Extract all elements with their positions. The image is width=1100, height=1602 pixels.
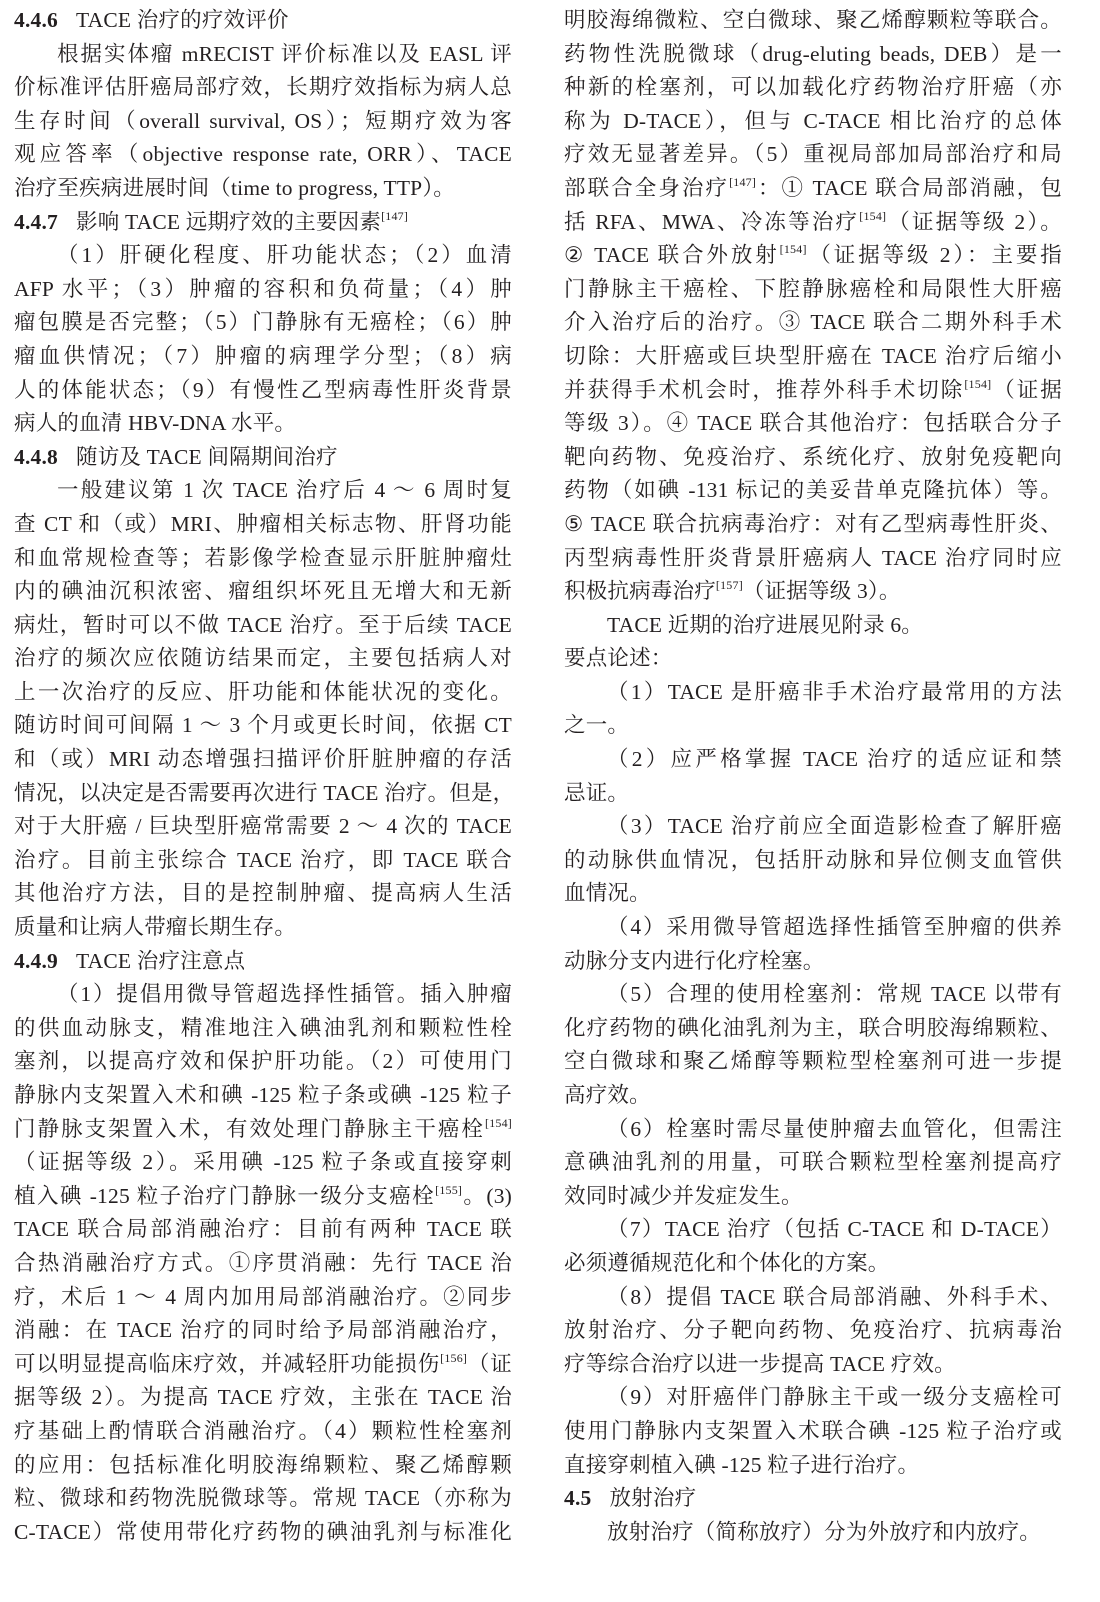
text-line: 和血常规检查等；若影像学检查显示肝脏肿瘤灶 — [14, 542, 512, 576]
text-line: （证据等级 2）。采用碘 -125 粒子条或直接穿刺 — [14, 1146, 512, 1180]
text-line: 粒、微球和药物洗脱微球等。常规 TACE（亦称为 — [14, 1482, 512, 1516]
text-line: （1）提倡用微导管超选择性插管。插入肿瘤 — [14, 978, 512, 1012]
text-line: （9）对肝癌伴门静脉主干或一级分支癌栓可 — [564, 1381, 1062, 1415]
section-heading: 4.4.6TACE 治疗的疗效评价 — [14, 4, 512, 38]
text-line: 瘤包膜是否完整；（5）门静脉有无癌栓；（6）肿 — [14, 306, 512, 340]
section-number: 4.4.9 — [14, 949, 58, 973]
text-line: 其他治疗方法，目的是控制肿瘤、提高病人生活 — [14, 877, 512, 911]
text-line: 可以明显提高临床疗效，并减轻肝功能损伤[156]（证 — [14, 1348, 512, 1382]
line-text: 粒、微球和药物洗脱微球等。常规 TACE（亦称为 — [14, 1486, 512, 1510]
text-line: 使用门静脉内支架置入术联合碘 -125 粒子治疗或 — [564, 1415, 1062, 1449]
text-line: 介入治疗后的治疗。③ TACE 联合二期外科手术 — [564, 306, 1062, 340]
text-line: 称为 D-TACE），但与 C-TACE 相比治疗的总体 — [564, 105, 1062, 139]
text-line: 疗基础上酌情联合消融治疗。（4）颗粒性栓塞剂 — [14, 1415, 512, 1449]
text-line: 直接穿刺植入碘 -125 粒子进行治疗。 — [564, 1449, 1062, 1483]
line-text: 靶向药物、免疫治疗、系统化疗、放射免疫靶向 — [564, 445, 1062, 469]
line-text: 之一。 — [564, 713, 629, 737]
line-text: 要点论述： — [564, 646, 673, 670]
line-text: C-TACE）常使用带化疗药物的碘油乳剂与标准化 — [14, 1520, 512, 1544]
text-line: 意碘油乳剂的用量，可联合颗粒型栓塞剂提高疗 — [564, 1146, 1062, 1180]
text-line: 情况，以决定是否需要再次进行 TACE 治疗。但是， — [14, 777, 512, 811]
line-text: 明胶海绵微粒、空白微球、聚乙烯醇颗粒等联合。 — [564, 8, 1062, 32]
line-text: 并获得手术机会时，推荐外科手术切除 — [564, 378, 964, 402]
line-text: （8）提倡 TACE 联合局部消融、外科手术、 — [607, 1285, 1062, 1309]
text-line: 的供血动脉支，精准地注入碘油乳剂和颗粒性栓 — [14, 1012, 512, 1046]
citation-ref: [154] — [780, 242, 807, 256]
text-line: 放射治疗、分子靶向药物、免疫治疗、抗病毒治 — [564, 1314, 1062, 1348]
line-text: 生存时间（overall survival, OS）；短期疗效为客 — [14, 109, 512, 133]
text-line: 明胶海绵微粒、空白微球、聚乙烯醇颗粒等联合。 — [564, 4, 1062, 38]
line-text: 植入碘 -125 粒子治疗门静脉一级分支癌栓 — [14, 1184, 435, 1208]
line-text: 化疗药物的碘化油乳剂为主，联合明胶海绵颗粒、 — [564, 1016, 1062, 1040]
citation-ref: [147] — [381, 209, 408, 223]
text-line: 内的碘油沉积浓密、瘤组织坏死且无增大和无新 — [14, 575, 512, 609]
text-line: TACE 近期的治疗进展见附录 6。 — [564, 609, 1062, 643]
line-text: 疗效无显著差异。（5）重视局部加局部治疗和局 — [564, 142, 1062, 166]
text-line: 据等级 2）。为提高 TACE 疗效，主张在 TACE 治 — [14, 1381, 512, 1415]
text-line: 括 RFA、MWA、冷冻等治疗[154]（证据等级 2）。 — [564, 206, 1062, 240]
text-line: 疗等综合治疗以进一步提高 TACE 疗效。 — [564, 1348, 1062, 1382]
citation-ref: [157] — [716, 578, 743, 592]
line-text: 血情况。 — [564, 881, 651, 905]
line-text: （2）应严格掌握 TACE 治疗的适应证和禁 — [607, 747, 1062, 771]
text-line: 合热消融治疗方式。①序贯消融：先行 TACE 治 — [14, 1247, 512, 1281]
line-text: 查 CT 和（或）MRI、肿瘤相关标志物、肝肾功能 — [14, 512, 512, 536]
line-text: 病人的血清 HBV-DNA 水平。 — [14, 411, 296, 435]
text-line: （2）应严格掌握 TACE 治疗的适应证和禁 — [564, 743, 1062, 777]
line-text: 价标准评估肝癌局部疗效，长期疗效指标为病人总 — [14, 75, 512, 99]
text-line: 治疗。目前主张综合 TACE 治疗，即 TACE 联合 — [14, 844, 512, 878]
text-line: TACE 联合局部消融治疗：目前有两种 TACE 联 — [14, 1213, 512, 1247]
line-text: 空白微球和聚乙烯醇等颗粒型栓塞剂可进一步提 — [564, 1049, 1062, 1073]
line-text: 效同时减少并发症发生。 — [564, 1184, 803, 1208]
line-text: 对于大肝癌 / 巨块型肝癌常需要 2 ～ 4 次的 TACE — [14, 814, 512, 838]
text-line: 消融：在 TACE 治疗的同时给予局部消融治疗， — [14, 1314, 512, 1348]
line-text: （1）肝硬化程度、肝功能状态；（2）血清 — [57, 243, 512, 267]
line-text: 病灶，暂时可以不做 TACE 治疗。至于后续 TACE — [14, 613, 512, 637]
line-text: 瘤包膜是否完整；（5）门静脉有无癌栓；（6）肿 — [14, 310, 512, 334]
line-text: 一般建议第 1 次 TACE 治疗后 4 ～ 6 周时复 — [57, 478, 512, 502]
line-text: 塞剂，以提高疗效和保护肝功能。（2）可使用门 — [14, 1049, 512, 1073]
text-line: 根据实体瘤 mRECIST 评价标准以及 EASL 评 — [14, 38, 512, 72]
text-line: 种新的栓塞剂，可以加载化疗药物治疗肝癌（亦 — [564, 71, 1062, 105]
text-line: ② TACE 联合外放射[154]（证据等级 2）：主要指 — [564, 239, 1062, 273]
text-line: ⑤ TACE 联合抗病毒治疗：对有乙型病毒性肝炎、 — [564, 508, 1062, 542]
line-text: 观应答率（objective response rate, ORR）、TACE — [14, 142, 512, 166]
line-text: 治疗的频次应依随访结果而定，主要包括病人对 — [14, 646, 512, 670]
line-text: 疗基础上酌情联合消融治疗。（4）颗粒性栓塞剂 — [14, 1419, 512, 1443]
text-line: （8）提倡 TACE 联合局部消融、外科手术、 — [564, 1281, 1062, 1315]
line-text: 必须遵循规范化和个体化的方案。 — [564, 1251, 890, 1275]
text-line: 等级 3）。④ TACE 联合其他治疗：包括联合分子 — [564, 407, 1062, 441]
line-text: 人的体能状态；（9）有慢性乙型病毒性肝炎背景 — [14, 378, 512, 402]
line-text: 放射治疗（简称放疗）分为外放疗和内放疗。 — [607, 1520, 1041, 1544]
text-line: 切除：大肝癌或巨块型肝癌在 TACE 治疗后缩小 — [564, 340, 1062, 374]
line-text: 药物性洗脱微球（drug-eluting beads, DEB）是一 — [564, 42, 1062, 66]
text-line: 质量和让病人带瘤长期生存。 — [14, 911, 512, 945]
line-text: 瘤血供情况；（7）肿瘤的病理学分型；（8）病 — [14, 344, 512, 368]
text-line: AFP 水平；（3）肿瘤的容积和负荷量；（4）肿 — [14, 273, 512, 307]
text-line: 病灶，暂时可以不做 TACE 治疗。至于后续 TACE — [14, 609, 512, 643]
text-line: 疗效无显著差异。（5）重视局部加局部治疗和局 — [564, 138, 1062, 172]
section-title: 随访及 TACE 间隔期间治疗 — [76, 445, 338, 469]
text-line: 必须遵循规范化和个体化的方案。 — [564, 1247, 1062, 1281]
left-column: 4.4.6TACE 治疗的疗效评价根据实体瘤 mRECIST 评价标准以及 EA… — [14, 4, 512, 1549]
section-title: 影响 TACE 远期疗效的主要因素 — [76, 210, 381, 234]
line-text: 和血常规检查等；若影像学检查显示肝脏肿瘤灶 — [14, 546, 512, 570]
text-line: 血情况。 — [564, 877, 1062, 911]
line-text: 可以明显提高临床疗效，并减轻肝功能损伤 — [14, 1352, 440, 1376]
line-text: 内的碘油沉积浓密、瘤组织坏死且无增大和无新 — [14, 579, 512, 603]
line-text: 切除：大肝癌或巨块型肝癌在 TACE 治疗后缩小 — [564, 344, 1062, 368]
line-text: 括 RFA、MWA、冷冻等治疗 — [564, 210, 859, 234]
line-text: 药物（如碘 -131 标记的美妥昔单克隆抗体）等。 — [564, 478, 1062, 502]
text-line: 随访时间可间隔 1 ～ 3 个月或更长时间，依据 CT — [14, 709, 512, 743]
text-line: 积极抗病毒治疗[157]（证据等级 3）。 — [564, 575, 1062, 609]
line-text-after: （证据等级 2）。 — [886, 210, 1062, 234]
line-text-after: （证据 — [991, 378, 1062, 402]
line-text: TACE 联合局部消融治疗：目前有两种 TACE 联 — [14, 1217, 512, 1241]
text-line: （3）TACE 治疗前应全面造影检查了解肝癌 — [564, 810, 1062, 844]
citation-ref: [147] — [729, 175, 756, 189]
text-line: 病人的血清 HBV-DNA 水平。 — [14, 407, 512, 441]
line-text: 质量和让病人带瘤长期生存。 — [14, 915, 296, 939]
text-line: 并获得手术机会时，推荐外科手术切除[154]（证据 — [564, 374, 1062, 408]
line-text-after: （证据等级 3）。 — [743, 579, 901, 603]
line-text: 种新的栓塞剂，可以加载化疗药物治疗肝癌（亦 — [564, 75, 1062, 99]
line-text: 其他治疗方法，目的是控制肿瘤、提高病人生活 — [14, 881, 512, 905]
line-text: ⑤ TACE 联合抗病毒治疗：对有乙型病毒性肝炎、 — [564, 512, 1062, 536]
text-line: 生存时间（overall survival, OS）；短期疗效为客 — [14, 105, 512, 139]
line-text: （5）合理的使用栓塞剂：常规 TACE 以带有 — [607, 982, 1062, 1006]
section-number: 4.4.7 — [14, 210, 58, 234]
text-line: 对于大肝癌 / 巨块型肝癌常需要 2 ～ 4 次的 TACE — [14, 810, 512, 844]
citation-ref: [154] — [859, 209, 886, 223]
line-text: 的动脉供血情况，包括肝动脉和异位侧支血管供 — [564, 848, 1062, 872]
section-number: 4.4.8 — [14, 445, 58, 469]
line-text: （证据等级 2）。采用碘 -125 粒子条或直接穿刺 — [14, 1150, 512, 1174]
text-line: 动脉分支内进行化疗栓塞。 — [564, 945, 1062, 979]
line-text: 静脉内支架置入术和碘 -125 粒子条或碘 -125 粒子 — [14, 1083, 512, 1107]
text-line: 查 CT 和（或）MRI、肿瘤相关标志物、肝肾功能 — [14, 508, 512, 542]
citation-ref: [154] — [485, 1116, 512, 1130]
line-text: 介入治疗后的治疗。③ TACE 联合二期外科手术 — [564, 310, 1062, 334]
text-line: 的动脉供血情况，包括肝动脉和异位侧支血管供 — [564, 844, 1062, 878]
text-line: 一般建议第 1 次 TACE 治疗后 4 ～ 6 周时复 — [14, 474, 512, 508]
text-line: 药物（如碘 -131 标记的美妥昔单克隆抗体）等。 — [564, 474, 1062, 508]
text-line: 疗，术后 1 ～ 4 周内加用局部消融治疗。②同步 — [14, 1281, 512, 1315]
section-number: 4.4.6 — [14, 8, 58, 32]
text-line: 观应答率（objective response rate, ORR）、TACE — [14, 138, 512, 172]
line-text: 忌证。 — [564, 781, 629, 805]
line-text: 的供血动脉支，精准地注入碘油乳剂和颗粒性栓 — [14, 1016, 512, 1040]
line-text: 意碘油乳剂的用量，可联合颗粒型栓塞剂提高疗 — [564, 1150, 1062, 1174]
line-text: （3）TACE 治疗前应全面造影检查了解肝癌 — [607, 814, 1062, 838]
line-text-after: ：① TACE 联合局部消融，包 — [756, 176, 1062, 200]
line-text: AFP 水平；（3）肿瘤的容积和负荷量；（4）肿 — [14, 277, 512, 301]
text-line: 门静脉主干癌栓、下腔静脉癌栓和局限性大肝癌 — [564, 273, 1062, 307]
section-heading: 4.4.7影响 TACE 远期疗效的主要因素[147] — [14, 206, 512, 240]
section-heading: 4.4.8随访及 TACE 间隔期间治疗 — [14, 441, 512, 475]
text-line: 治疗至疾病进展时间（time to progress, TTP）。 — [14, 172, 512, 206]
text-line: 高疗效。 — [564, 1079, 1062, 1113]
line-text: （4）采用微导管超选择性插管至肿瘤的供养 — [607, 915, 1062, 939]
section-heading: 4.5放射治疗 — [564, 1482, 1062, 1516]
text-line: 空白微球和聚乙烯醇等颗粒型栓塞剂可进一步提 — [564, 1045, 1062, 1079]
text-line: 靶向药物、免疫治疗、系统化疗、放射免疫靶向 — [564, 441, 1062, 475]
line-text: 根据实体瘤 mRECIST 评价标准以及 EASL 评 — [57, 42, 512, 66]
text-line: 门静脉支架置入术，有效处理门静脉主干癌栓[154] — [14, 1113, 512, 1147]
text-line: 和（或）MRI 动态增强扫描评价肝脏肿瘤的存活 — [14, 743, 512, 777]
line-text-after: （证据等级 2）：主要指 — [807, 243, 1062, 267]
line-text: 丙型病毒性肝炎背景肝癌病人 TACE 治疗同时应 — [564, 546, 1062, 570]
line-text: （6）栓塞时需尽量使肿瘤去血管化，但需注 — [607, 1117, 1062, 1141]
line-text: 门静脉支架置入术，有效处理门静脉主干癌栓 — [14, 1117, 485, 1141]
line-text: 疗等综合治疗以进一步提高 TACE 疗效。 — [564, 1352, 956, 1376]
line-text: 治疗。目前主张综合 TACE 治疗，即 TACE 联合 — [14, 848, 512, 872]
text-line: 效同时减少并发症发生。 — [564, 1180, 1062, 1214]
section-title: TACE 治疗注意点 — [76, 949, 245, 973]
text-line: （1）肝硬化程度、肝功能状态；（2）血清 — [14, 239, 512, 273]
line-text: ② TACE 联合外放射 — [564, 243, 780, 267]
line-text: 的应用：包括标准化明胶海绵颗粒、聚乙烯醇颗 — [14, 1453, 512, 1477]
text-line: 价标准评估肝癌局部疗效，长期疗效指标为病人总 — [14, 71, 512, 105]
line-text: 等级 3）。④ TACE 联合其他治疗：包括联合分子 — [564, 411, 1062, 435]
line-text: 放射治疗、分子靶向药物、免疫治疗、抗病毒治 — [564, 1318, 1062, 1342]
text-line: 丙型病毒性肝炎背景肝癌病人 TACE 治疗同时应 — [564, 542, 1062, 576]
right-column: 明胶海绵微粒、空白微球、聚乙烯醇颗粒等联合。药物性洗脱微球（drug-eluti… — [564, 4, 1062, 1549]
text-line: 上一次治疗的反应、肝功能和体能状况的变化。 — [14, 676, 512, 710]
line-text: （7）TACE 治疗（包括 C-TACE 和 D-TACE） — [607, 1217, 1062, 1241]
text-line: 的应用：包括标准化明胶海绵颗粒、聚乙烯醇颗 — [14, 1449, 512, 1483]
line-text: 门静脉主干癌栓、下腔静脉癌栓和局限性大肝癌 — [564, 277, 1062, 301]
text-line: （1）TACE 是肝癌非手术治疗最常用的方法 — [564, 676, 1062, 710]
text-line: （6）栓塞时需尽量使肿瘤去血管化，但需注 — [564, 1113, 1062, 1147]
line-text: （1）提倡用微导管超选择性插管。插入肿瘤 — [57, 982, 512, 1006]
section-number: 4.5 — [564, 1486, 591, 1510]
text-line: 忌证。 — [564, 777, 1062, 811]
section-title: TACE 治疗的疗效评价 — [76, 8, 289, 32]
line-text: 随访时间可间隔 1 ～ 3 个月或更长时间，依据 CT — [14, 713, 512, 737]
text-line: 化疗药物的碘化油乳剂为主，联合明胶海绵颗粒、 — [564, 1012, 1062, 1046]
text-line: 部联合全身治疗[147]：① TACE 联合局部消融，包 — [564, 172, 1062, 206]
line-text: 情况，以决定是否需要再次进行 TACE 治疗。但是， — [14, 781, 514, 805]
line-text: （1）TACE 是肝癌非手术治疗最常用的方法 — [607, 680, 1062, 704]
line-text-after: 。(3) — [462, 1184, 512, 1208]
line-text: 动脉分支内进行化疗栓塞。 — [564, 949, 824, 973]
text-line: 之一。 — [564, 709, 1062, 743]
text-line: C-TACE）常使用带化疗药物的碘油乳剂与标准化 — [14, 1516, 512, 1550]
text-line: 治疗的频次应依随访结果而定，主要包括病人对 — [14, 642, 512, 676]
text-line: 植入碘 -125 粒子治疗门静脉一级分支癌栓[155]。(3) — [14, 1180, 512, 1214]
line-text: 消融：在 TACE 治疗的同时给予局部消融治疗， — [14, 1318, 512, 1342]
line-text: 积极抗病毒治疗 — [564, 579, 716, 603]
text-line: 药物性洗脱微球（drug-eluting beads, DEB）是一 — [564, 38, 1062, 72]
text-line: 塞剂，以提高疗效和保护肝功能。（2）可使用门 — [14, 1045, 512, 1079]
citation-ref: [156] — [440, 1351, 467, 1365]
text-line: 人的体能状态；（9）有慢性乙型病毒性肝炎背景 — [14, 374, 512, 408]
text-line: 瘤血供情况；（7）肿瘤的病理学分型；（8）病 — [14, 340, 512, 374]
citation-ref: [155] — [435, 1183, 462, 1197]
text-line: 静脉内支架置入术和碘 -125 粒子条或碘 -125 粒子 — [14, 1079, 512, 1113]
section-heading: 4.4.9TACE 治疗注意点 — [14, 945, 512, 979]
line-text: （9）对肝癌伴门静脉主干或一级分支癌栓可 — [607, 1385, 1062, 1409]
line-text: 合热消融治疗方式。①序贯消融：先行 TACE 治 — [14, 1251, 512, 1275]
line-text: 和（或）MRI 动态增强扫描评价肝脏肿瘤的存活 — [14, 747, 512, 771]
citation-ref: [154] — [964, 377, 991, 391]
line-text: 据等级 2）。为提高 TACE 疗效，主张在 TACE 治 — [14, 1385, 512, 1409]
text-line: 要点论述： — [564, 642, 1062, 676]
text-line: （4）采用微导管超选择性插管至肿瘤的供养 — [564, 911, 1062, 945]
line-text: 疗，术后 1 ～ 4 周内加用局部消融治疗。②同步 — [14, 1285, 512, 1309]
line-text: TACE 近期的治疗进展见附录 6。 — [607, 613, 923, 637]
line-text: 使用门静脉内支架置入术联合碘 -125 粒子治疗或 — [564, 1419, 1062, 1443]
line-text-after: （证 — [467, 1352, 512, 1376]
text-line: （7）TACE 治疗（包括 C-TACE 和 D-TACE） — [564, 1213, 1062, 1247]
line-text: 治疗至疾病进展时间（time to progress, TTP）。 — [14, 176, 455, 200]
section-title: 放射治疗 — [609, 1486, 696, 1510]
line-text: 称为 D-TACE），但与 C-TACE 相比治疗的总体 — [564, 109, 1062, 133]
text-line: （5）合理的使用栓塞剂：常规 TACE 以带有 — [564, 978, 1062, 1012]
line-text: 上一次治疗的反应、肝功能和体能状况的变化。 — [14, 680, 512, 704]
text-line: 放射治疗（简称放疗）分为外放疗和内放疗。 — [564, 1516, 1062, 1550]
line-text: 直接穿刺植入碘 -125 粒子进行治疗。 — [564, 1453, 919, 1477]
line-text: 高疗效。 — [564, 1083, 651, 1107]
line-text: 部联合全身治疗 — [564, 176, 729, 200]
